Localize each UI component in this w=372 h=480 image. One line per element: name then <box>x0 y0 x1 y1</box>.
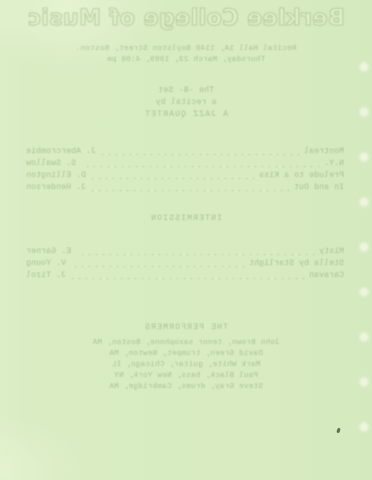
binding-hole <box>360 378 368 386</box>
page-title: Berklee College of Music <box>0 6 372 31</box>
program-row: N.Y. S. Swallow <box>0 158 372 170</box>
performer-line: David Green, trumpet, Newton, MA <box>0 349 372 360</box>
dot-leader <box>101 154 299 155</box>
performer-line: Mark White, guitar, Chicago, IL <box>0 360 372 371</box>
piece-title: N.Y. <box>324 158 344 170</box>
piece-composer: V. Young <box>26 258 66 270</box>
program-row: Misty E. Garner <box>0 246 372 258</box>
piece-title: Stella by Starlight <box>249 258 344 270</box>
performer-line: Paul Black, bass, New York, NY <box>0 371 372 382</box>
piece-title: Montreal <box>304 146 344 158</box>
piece-composer: J. Tizol <box>26 270 66 282</box>
program-row: Montreal J. Abercrombie <box>0 146 372 158</box>
piece-title: Prelude to a Kiss <box>259 170 344 182</box>
piece-title: In and Out <box>294 182 344 194</box>
performers-heading: THE PERFORMERS <box>0 322 372 333</box>
venue-line: Recital Hall 1A, 1140 Boylston Street, B… <box>0 44 372 55</box>
program-row: Prelude to a Kiss D. Ellington <box>0 170 372 182</box>
piece-composer: E. Garner <box>26 246 71 258</box>
show-through-content: Berklee College of Music Recital Hall 1A… <box>0 0 372 480</box>
dot-leader <box>76 254 314 255</box>
recital-line-3: A JAZZ QUARTET <box>0 109 372 120</box>
program-row: In and Out J. Henderson <box>0 182 372 194</box>
binding-hole <box>360 288 368 296</box>
performer-line: Steve Gray, drums, Cambridge, MA <box>0 382 372 393</box>
recital-line-1: The -B- Set <box>0 85 372 96</box>
program-row: Stella by Starlight V. Young <box>0 258 372 270</box>
dot-leader <box>91 178 254 179</box>
piece-composer: J. Abercrombie <box>26 146 96 158</box>
dot-leader <box>91 190 289 191</box>
datetime-line: Thursday, March 23, 1989, 4:00 pm <box>0 55 372 66</box>
performer-line: John Brown, tenor saxophone, Boston, MA <box>0 338 372 349</box>
piece-composer: S. Swallow <box>26 158 76 170</box>
dot-leader <box>71 278 304 279</box>
binding-hole <box>360 108 368 116</box>
scanned-program-page: Berklee College of Music Recital Hall 1A… <box>0 0 372 480</box>
piece-composer: D. Ellington <box>26 170 86 182</box>
intermission-heading: INTERMISSION <box>0 213 372 224</box>
piece-title: Caravan <box>309 270 344 282</box>
program-row: Caravan J. Tizol <box>0 270 372 282</box>
binding-hole <box>360 63 368 71</box>
recital-line-2: a recital by <box>0 97 372 108</box>
binding-hole <box>360 243 368 251</box>
binding-hole <box>360 423 368 431</box>
binding-hole <box>360 198 368 206</box>
binding-hole <box>360 333 368 341</box>
piece-composer: J. Henderson <box>26 182 86 194</box>
dot-leader <box>81 166 319 167</box>
dot-leader <box>71 266 244 267</box>
piece-title: Misty <box>319 246 344 258</box>
binding-hole <box>360 153 368 161</box>
